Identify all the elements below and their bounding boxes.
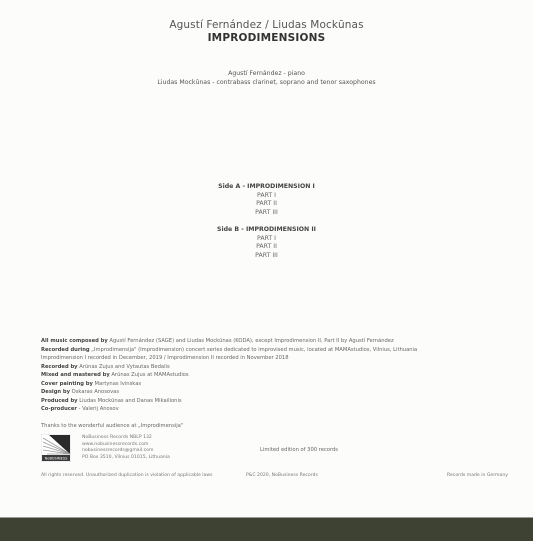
credit-line: Produced by Liudas Mockūnas and Danas Mi… (41, 397, 501, 406)
postal-address: PO Box 3510, Vilnius 01015, Lithuania (82, 455, 170, 462)
credit-line: Cover painting by Martynas Ivinskas (41, 380, 501, 389)
credit-label: All music composed by (41, 338, 108, 344)
credit-label: Cover painting by (41, 381, 93, 387)
credits-block: All music composed by Agustí Fernández (… (41, 337, 501, 430)
credit-text: Improdimension I recorded in December, 2… (41, 355, 289, 361)
side-b: Side B - IMPRODIMENSION II PART I PART I… (0, 226, 533, 260)
credit-text: Liudas Mockūnas and Danas Mikailionis (78, 398, 182, 404)
credit-label: Mixed and mastered by (41, 372, 110, 378)
credit-text: Agustí Fernández (SAGE) and Liudas Mockū… (108, 338, 394, 344)
credit-line: Recorded during „Improdimensija" (Improd… (41, 346, 501, 355)
thanks-note: Thanks to the wonderful audience at „Imp… (41, 422, 501, 431)
artists-heading: Agustí Fernández / Liudas Mockūnas (0, 19, 533, 31)
svg-text:NoBUSINESS: NoBUSINESS (45, 457, 69, 461)
side-a: Side A - IMPRODIMENSION I PART I PART II… (0, 183, 533, 217)
bottom-edge-strip (0, 517, 533, 541)
album-title: IMPRODIMENSIONS (0, 32, 533, 44)
musicians-list: Agustí Fernández - piano Liudas Mockūnas… (0, 69, 533, 87)
credit-text: Martynas Ivinskas (93, 381, 141, 387)
credit-text: - Valerij Anosov (77, 406, 119, 412)
credit-text: „Improdimensija" (Improdimension) concer… (90, 347, 418, 353)
album-back-cover: Agustí Fernández / Liudas Mockūnas IMPRO… (0, 0, 533, 517)
credit-label: Recorded by (41, 364, 78, 370)
credit-line: Design by Oskaras Anosovas (41, 388, 501, 397)
tracklist: Side A - IMPRODIMENSION I PART I PART II… (0, 183, 533, 269)
credit-line: Co-producer - Valerij Anosov (41, 405, 501, 414)
track: PART I (0, 235, 533, 244)
track: PART III (0, 209, 533, 218)
credit-label: Co-producer (41, 406, 77, 412)
side-title: Side A - IMPRODIMENSION I (0, 183, 533, 192)
credit-text: Arūnas Zujus and Vytautas Bedalis (78, 364, 170, 370)
credit-label: Produced by (41, 398, 78, 404)
label-info: NoBusiness Records NBLP 132 www.nobusine… (82, 435, 170, 461)
credit-label: Design by (41, 389, 70, 395)
rights-notice: All rights reserved. Unauthorized duplic… (41, 473, 213, 478)
musician-line: Agustí Fernández - piano (0, 69, 533, 78)
credit-label: Recorded during (41, 347, 90, 353)
track: PART III (0, 252, 533, 261)
track: PART I (0, 192, 533, 201)
credit-text: Arūnas Zujus at MAMAstudios (110, 372, 189, 378)
credit-line: Recorded by Arūnas Zujus and Vytautas Be… (41, 363, 501, 372)
track: PART II (0, 243, 533, 252)
credit-line: Mixed and mastered by Arūnas Zujus at MA… (41, 371, 501, 380)
nobusiness-logo-icon: NoBUSINESS (41, 434, 71, 462)
credit-line: Improdimension I recorded in December, 2… (41, 354, 501, 363)
limited-edition-note: Limited edition of 300 records (260, 447, 338, 453)
credit-text: Oskaras Anosovas (70, 389, 119, 395)
made-in-notice: Records made in Germany (447, 473, 508, 478)
copyright-notice: P&C 2020, NoBusiness Records (246, 473, 318, 478)
side-title: Side B - IMPRODIMENSION II (0, 226, 533, 235)
credit-line: All music composed by Agustí Fernández (… (41, 337, 501, 346)
musician-line: Liudas Mockūnas - contrabass clarinet, s… (0, 78, 533, 87)
track: PART II (0, 200, 533, 209)
